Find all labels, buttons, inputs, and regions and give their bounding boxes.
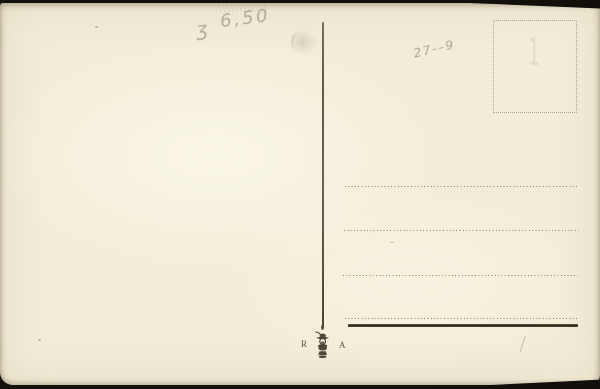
scratch-mark [519, 336, 525, 353]
photo-frame: 1 ʒ 6,50 27-–9 R [0, 0, 600, 389]
pencil-smudge [290, 29, 318, 55]
publisher-letter-right: A [339, 341, 346, 350]
paper-speck [95, 26, 98, 28]
handwriting-date: 27-–9 [412, 36, 456, 60]
paper-speck [38, 339, 41, 341]
paper-speck [390, 242, 394, 244]
stamp-box-faint-mark: 1 [528, 33, 540, 71]
address-line-dotted [345, 186, 578, 187]
publisher-emblem-icon [312, 331, 332, 359]
divider-line [322, 22, 324, 328]
stamp-box: 1 [493, 20, 577, 113]
postcard-back: 1 ʒ 6,50 27-–9 R [0, 3, 600, 385]
handwriting-squiggle: ʒ [195, 16, 209, 41]
address-line-solid [348, 324, 578, 327]
publisher-letter-left: R [301, 340, 307, 349]
publisher-mark: R A [297, 328, 351, 364]
address-line-dotted [343, 275, 578, 276]
faint-pencil-traces [216, 4, 268, 12]
address-line-dotted [345, 318, 577, 319]
address-line-dotted [344, 230, 579, 231]
